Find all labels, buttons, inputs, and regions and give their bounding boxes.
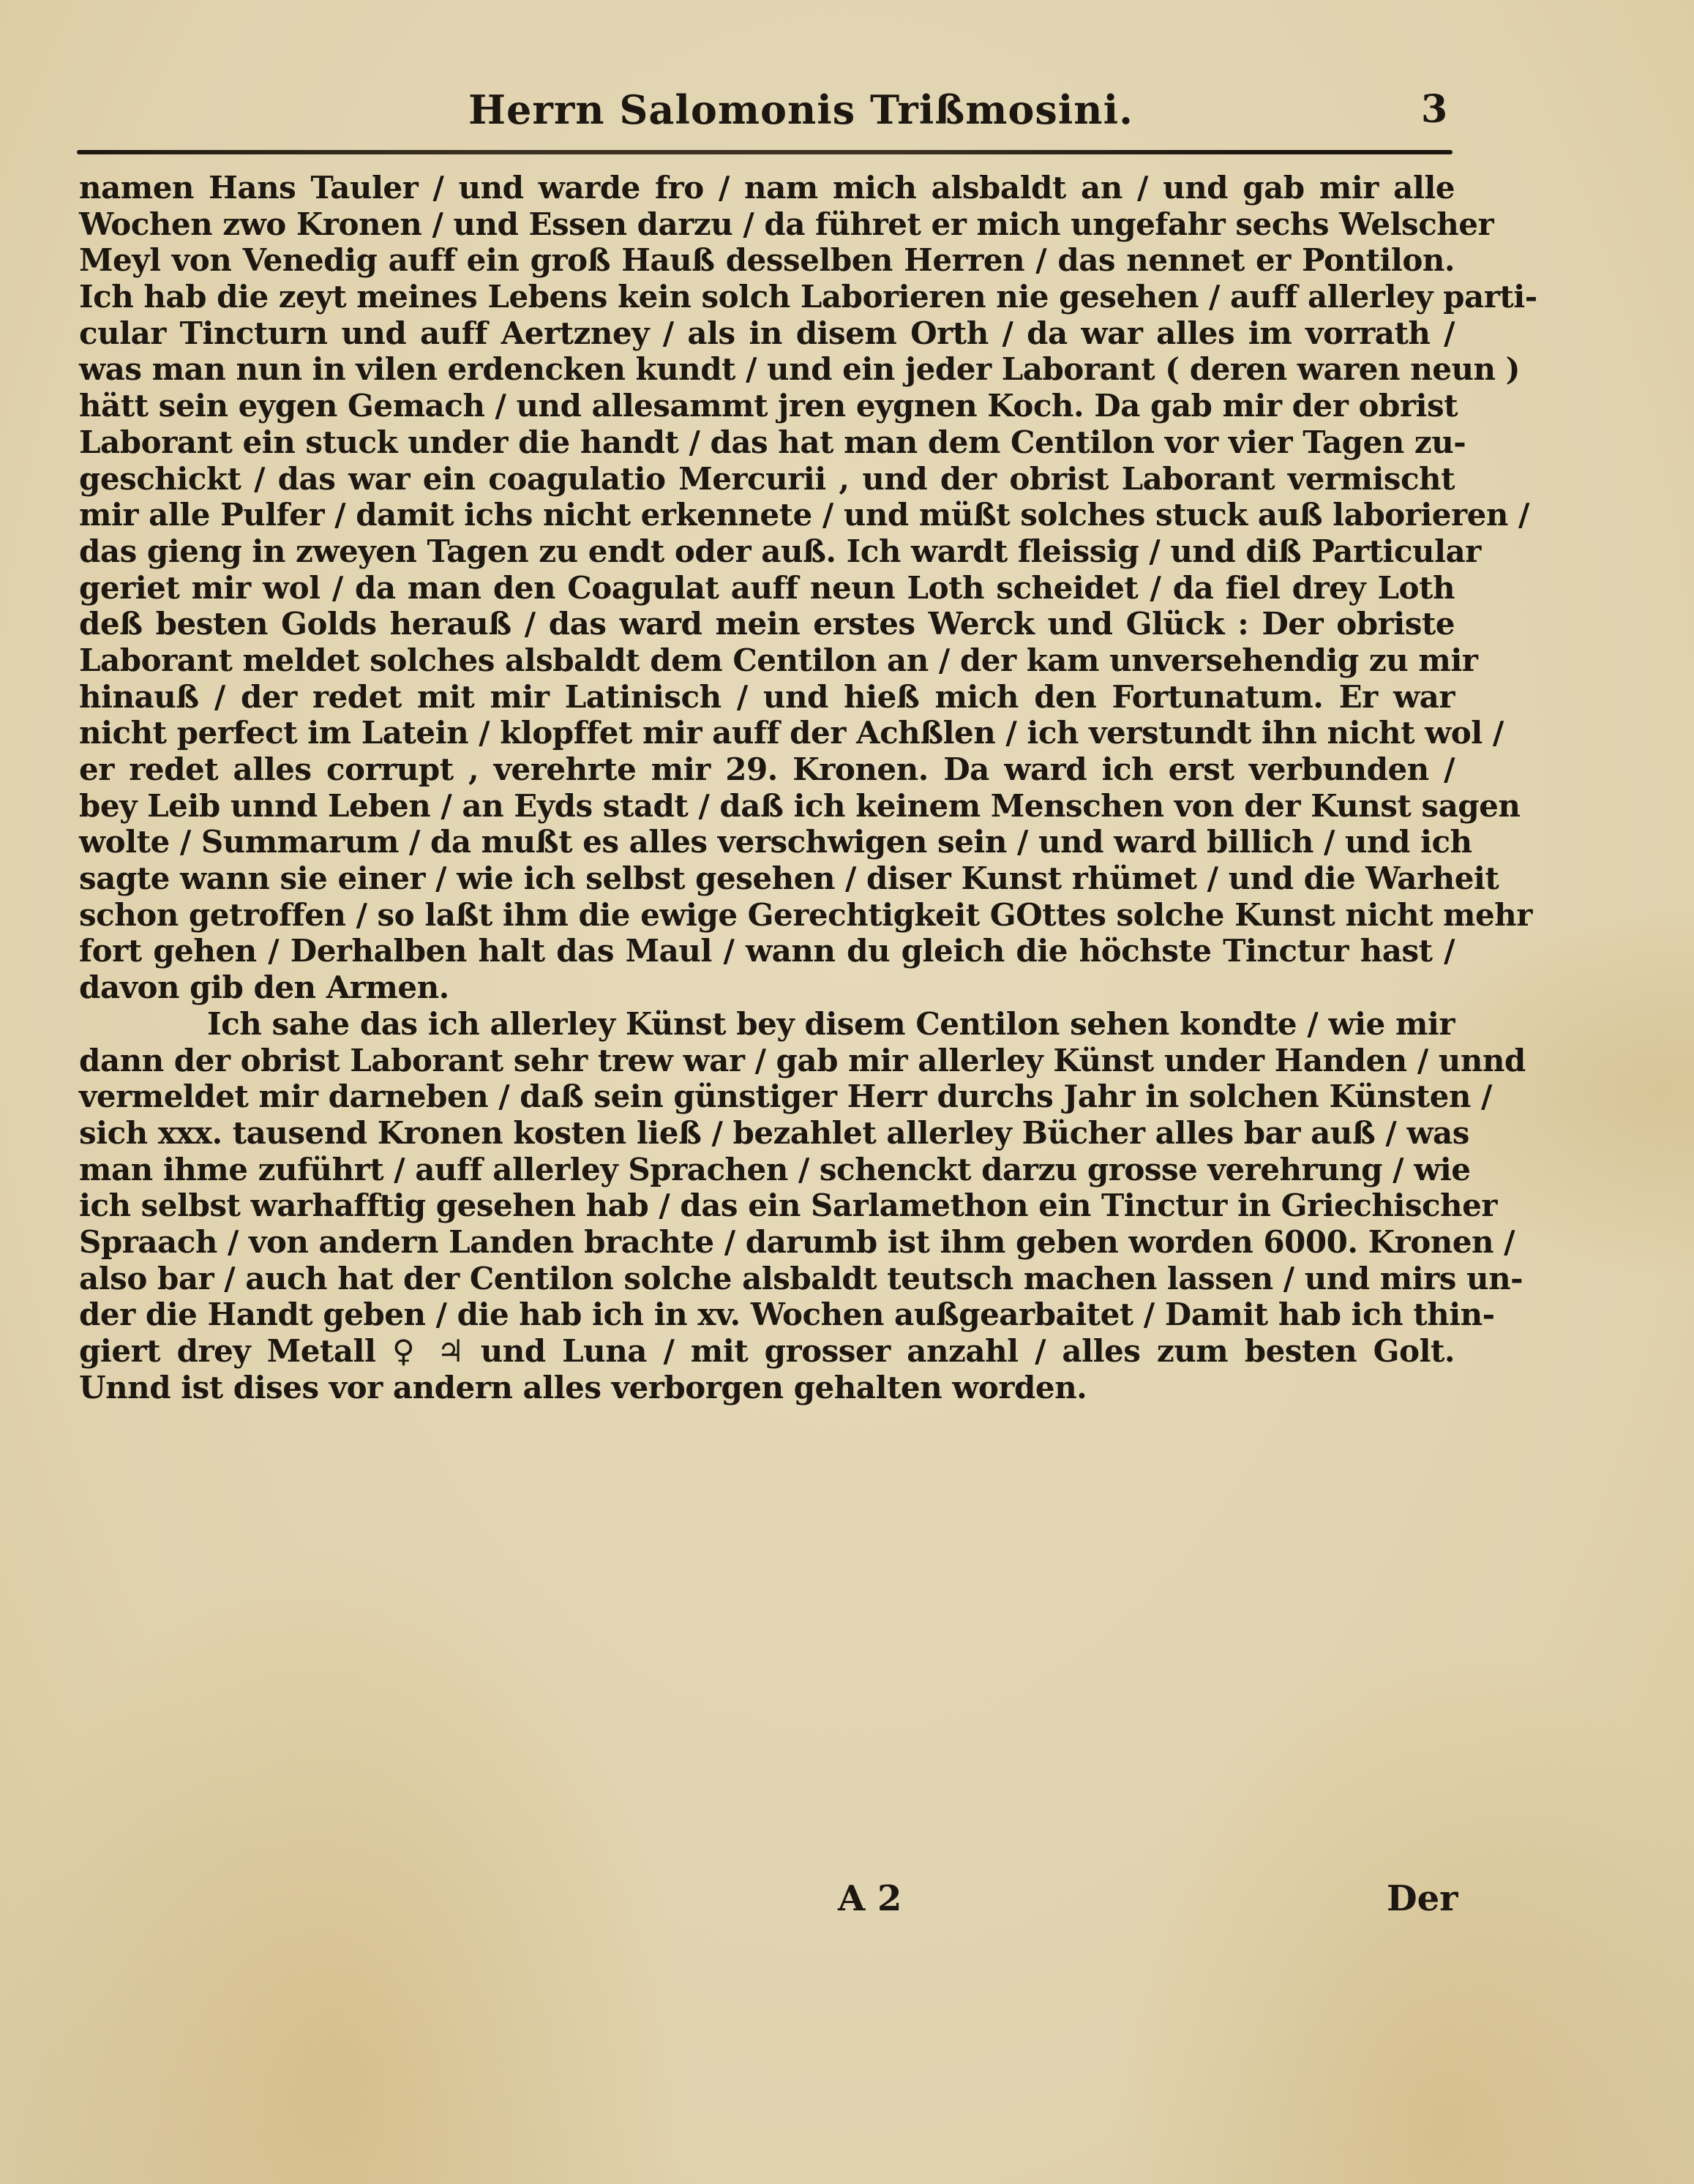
- text-line: Wochen zwo Kronen / und Essen darzu / da…: [79, 206, 1455, 243]
- text-line: was man nun in vilen erdencken kundt / u…: [79, 351, 1455, 388]
- running-title: Herrn Salomonis Trißmosini.: [468, 80, 1133, 139]
- page-footer: A 2 Der: [0, 1869, 1694, 1928]
- text-line: Ich hab die zeyt meines Lebens kein solc…: [79, 279, 1455, 315]
- text-line: deß besten Golds herauß / das ward mein …: [79, 606, 1455, 642]
- text-line: geriet mir wol / da man den Coagulat auf…: [79, 570, 1455, 607]
- text-line: ich selbst warhafftig gesehen hab / das …: [79, 1187, 1455, 1224]
- text-line: Laborant ein stuck under die handt / das…: [79, 424, 1455, 461]
- text-line: also bar / auch hat der Centilon solche …: [79, 1261, 1455, 1297]
- running-head: Herrn Salomonis Trißmosini. 3: [0, 80, 1694, 139]
- paragraph-end-line: davon gib den Armen.: [79, 969, 1455, 1006]
- text-line: mir alle Pulfer / damit ichs nicht erken…: [79, 497, 1455, 533]
- text-line: giert drey Metall ♀ ♃ und Luna / mit gro…: [79, 1333, 1455, 1370]
- text-line: hinauß / der redet mit mir Latinisch / u…: [79, 679, 1455, 716]
- text-line: geschickt / das war ein coagulatio Mercu…: [79, 461, 1455, 498]
- header-rule-divider: [77, 150, 1453, 154]
- text-line: Meyl von Venedig auff ein groß Hauß dess…: [79, 242, 1455, 279]
- text-line: vermeldet mir darneben / daß sein günsti…: [79, 1078, 1455, 1115]
- signature-mark: A 2: [838, 1869, 902, 1928]
- text-line: dann der obrist Laborant sehr trew war /…: [79, 1043, 1455, 1079]
- paragraph-start-line: Ich sahe das ich allerley Künst bey dise…: [79, 1006, 1455, 1043]
- text-line: cular Tincturn und auff Aertzney / als i…: [79, 315, 1455, 352]
- text-line: wolte / Summarum / da mußt es alles vers…: [79, 824, 1455, 860]
- book-page: Herrn Salomonis Trißmosini. 3 namen Hans…: [0, 0, 1694, 2184]
- text-line: hätt sein eygen Gemach / und allesammt j…: [79, 388, 1455, 424]
- text-line: man ihme zuführt / auff allerley Sprache…: [79, 1152, 1455, 1188]
- text-line: sagte wann sie einer / wie ich selbst ge…: [79, 860, 1455, 897]
- text-line: Spraach / von andern Landen brachte / da…: [79, 1224, 1455, 1261]
- text-line: nicht perfect im Latein / klopffet mir a…: [79, 715, 1455, 751]
- catchword: Der: [1387, 1869, 1458, 1928]
- text-line: bey Leib unnd Leben / an Eyds stadt / da…: [79, 788, 1455, 825]
- text-line: er redet alles corrupt , verehrte mir 29…: [79, 751, 1455, 788]
- text-line: schon getroffen / so laßt ihm die ewige …: [79, 897, 1455, 934]
- text-line: der die Handt geben / die hab ich in xv.…: [79, 1296, 1455, 1333]
- paragraph-end-line: Unnd ist dises vor andern alles verborge…: [79, 1370, 1455, 1406]
- text-line: Laborant meldet solches alsbaldt dem Cen…: [79, 642, 1455, 679]
- body-text: namen Hans Tauler / und warde fro / nam …: [79, 170, 1455, 1406]
- page-number: 3: [1421, 80, 1447, 139]
- text-line: fort gehen / Derhalben halt das Maul / w…: [79, 933, 1455, 969]
- text-line: das gieng in zweyen Tagen zu endt oder a…: [79, 533, 1455, 570]
- text-line: sich xxx. tausend Kronen kosten ließ / b…: [79, 1115, 1455, 1152]
- text-line: namen Hans Tauler / und warde fro / nam …: [79, 170, 1455, 206]
